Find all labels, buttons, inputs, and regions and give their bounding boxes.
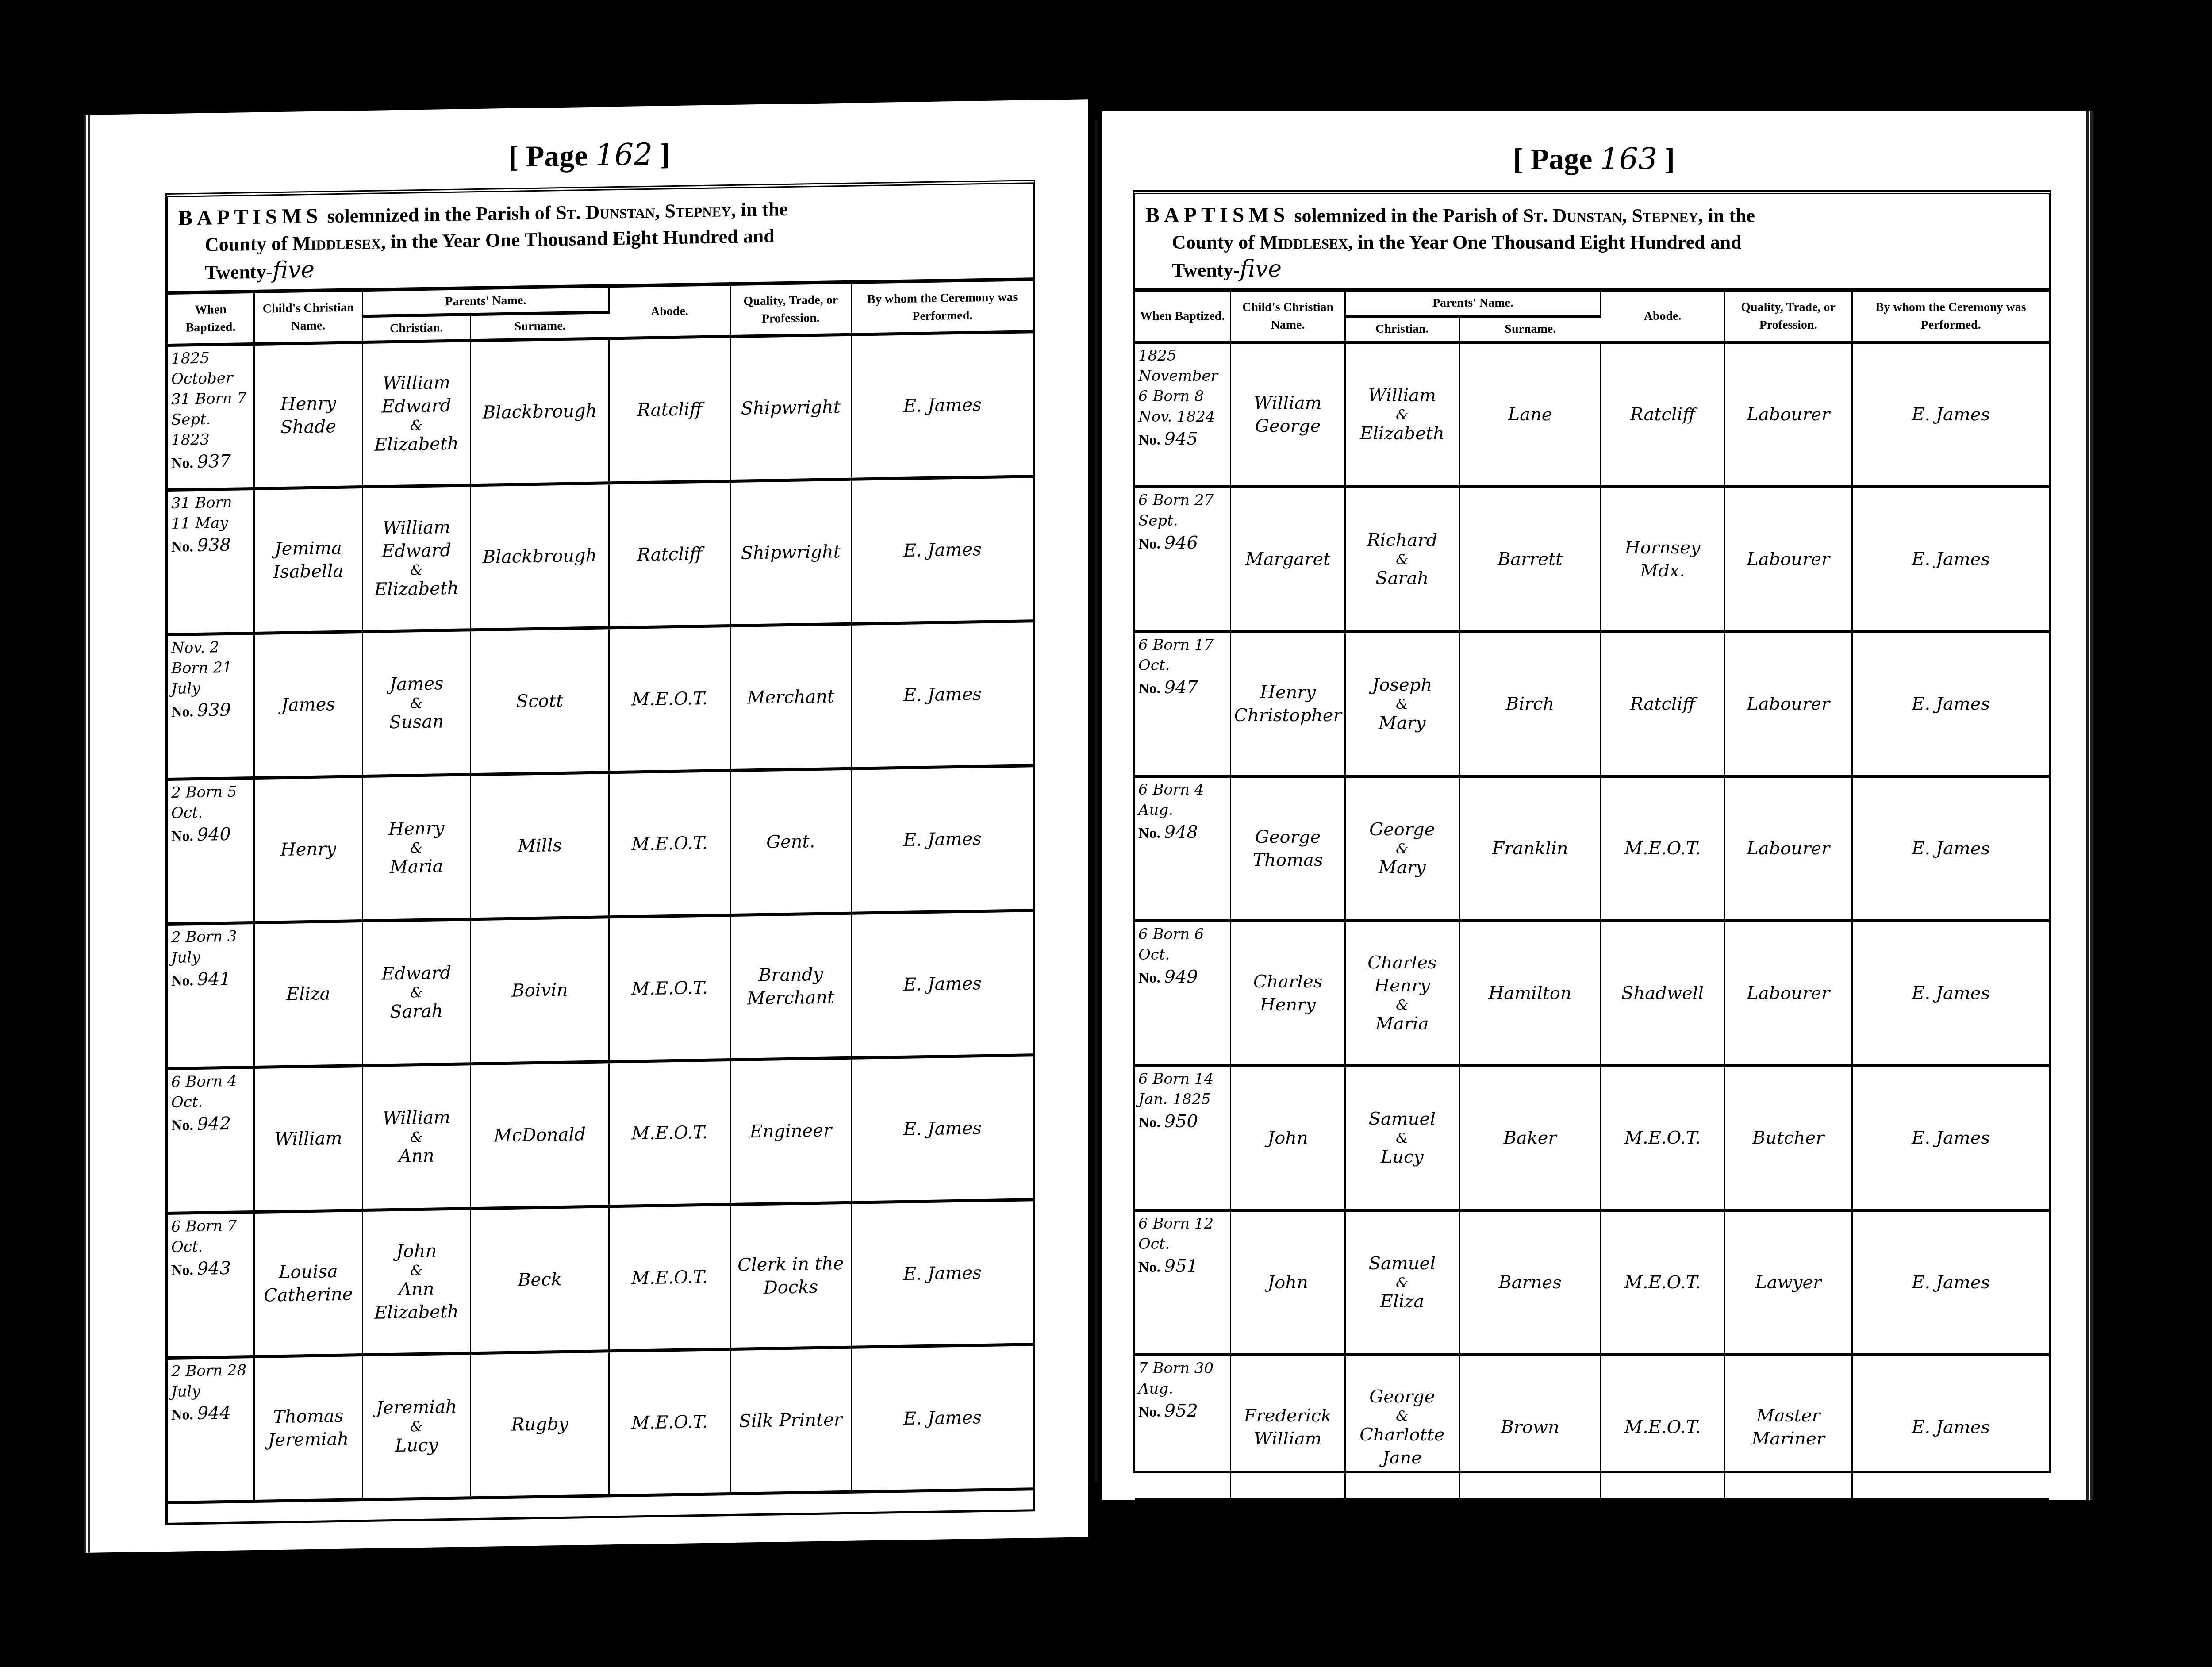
entry-number-value: 940 (197, 824, 231, 845)
cell-surname: Lane (1459, 342, 1601, 487)
register-entry: 2 Born 3 JulyNo. 941ElizaEdward&SarahBoi… (168, 910, 1033, 1069)
parent-name: Maria (1348, 1012, 1457, 1035)
heading-text: in the Year One Thousand Eight Hundred a… (391, 225, 775, 253)
heading-year-handwritten: five (273, 257, 315, 284)
baptism-date: 6 Born 4 Aug. (1138, 781, 1204, 819)
cell-officiant: E. James (1852, 776, 2049, 921)
baptism-date: 2 Born 5 Oct. (171, 783, 237, 822)
page-number-value: 162 (595, 137, 653, 173)
parent-name: Lucy (1348, 1145, 1457, 1168)
cell-child-name: William (254, 1066, 363, 1212)
cell-parents-christian: Samuel&Lucy (1345, 1066, 1459, 1210)
register-entry: 1825 October 31 Born 7 Sept. 1823No. 937… (168, 332, 1033, 490)
cell-surname: Baker (1459, 1066, 1601, 1210)
ampersand: & (1348, 1275, 1457, 1290)
cell-when-baptized: Nov. 2 Born 21 JulyNo. 939 (168, 633, 254, 779)
column-header-surname: Surname. (1459, 316, 1601, 342)
column-header-child: Child's Christian Name. (254, 292, 363, 344)
cell-child-name: John (1231, 1210, 1345, 1355)
baptism-date: 1825 November 6 Born 8 Nov. 1824 (1138, 347, 1218, 426)
register-entry: 6 Born 14 Jan. 1825No. 950JohnSamuel&Luc… (1135, 1066, 2049, 1210)
cell-parents-christian: William Edward&Elizabeth (362, 341, 471, 487)
ampersand: & (1348, 841, 1457, 856)
baptism-date: 6 Born 12 Oct. (1138, 1215, 1214, 1253)
column-header-when: When Baptized. (168, 293, 254, 346)
cell-officiant: E. James (1852, 1066, 2049, 1210)
header-row: When Baptized.Child's Christian Name.Par… (1135, 292, 2049, 316)
cell-child-name: William George (1231, 342, 1345, 487)
entry-number-value: 941 (197, 969, 231, 990)
entry-number: No. 948 (1138, 822, 1228, 844)
cell-parents-christian: Richard&Sarah (1345, 487, 1459, 632)
cell-officiant: E. James (1852, 632, 2049, 776)
entry-number-value: 943 (197, 1258, 231, 1279)
parent-name: William Edward (365, 515, 469, 563)
cell-parents-christian: George&Charlotte Jane (1345, 1355, 1459, 1500)
entry-number: No. 938 (171, 534, 252, 557)
entry-number: No. 942 (171, 1113, 252, 1136)
entry-number-value: 952 (1164, 1401, 1198, 1421)
register-entry: 1825 November 6 Born 8 Nov. 1824No. 945W… (1135, 342, 2049, 487)
baptism-date: 6 Born 7 Oct. (171, 1217, 237, 1256)
entry-number: No. 943 (171, 1258, 252, 1281)
page-number: [ Page 162 ] (90, 130, 1088, 181)
heading-text: County of (205, 233, 288, 256)
entry-number-value: 947 (1164, 677, 1198, 698)
cell-officiant: E. James (1852, 921, 2049, 1066)
right-page: [ Page 163 ] BAPTISMS solemnized in the … (1102, 111, 2093, 1500)
cell-surname: Boivin (471, 917, 609, 1064)
parent-name: Elizabeth (365, 576, 469, 601)
heading-year-prefix: Twenty- (1172, 259, 1240, 281)
ampersand: & (1348, 696, 1457, 711)
ampersand: & (365, 1262, 469, 1279)
heading-text: solemnized in the Parish of (1294, 205, 1518, 227)
baptism-date: 2 Born 28 July (171, 1361, 246, 1401)
parent-name: Samuel (1348, 1107, 1457, 1130)
cell-when-baptized: 6 Born 17 Oct.No. 947 (1135, 632, 1231, 776)
cell-quality: Engineer (730, 1058, 851, 1204)
heading-year-prefix: Twenty- (205, 261, 273, 283)
entry-number-value: 951 (1164, 1256, 1198, 1276)
cell-abode: M.E.O.T. (609, 915, 730, 1062)
cell-quality: Silk Printer (730, 1347, 851, 1494)
cell-surname: Birch (1459, 632, 1601, 776)
column-header-surname: Surname. (471, 312, 609, 341)
cell-child-name: Frederick William (1231, 1355, 1345, 1500)
page-label: [ Page (508, 138, 588, 173)
parent-name: Elizabeth (365, 432, 469, 457)
cell-when-baptized: 6 Born 27 Sept.No. 946 (1135, 487, 1231, 632)
parent-name: Mary (1348, 711, 1457, 734)
ampersand: & (365, 839, 469, 856)
entry-number: No. 944 (171, 1402, 252, 1425)
cell-quality: Shipwright (730, 479, 851, 626)
cell-child-name: Eliza (254, 921, 363, 1068)
parent-name: Lucy (365, 1433, 469, 1458)
heading-text: in the (1708, 205, 1755, 227)
baptism-table: When Baptized.Child's Christian Name.Par… (1135, 292, 2049, 1501)
cell-when-baptized: 6 Born 4 Oct.No. 942 (168, 1067, 254, 1213)
cell-abode: Ratcliff (1601, 632, 1724, 776)
register-frame: BAPTISMS solemnized in the Parish of St.… (165, 180, 1035, 1525)
register-entry: 7 Born 30 Aug.No. 952Frederick WilliamGe… (1135, 1355, 2049, 1500)
ampersand: & (365, 695, 469, 711)
cell-officiant: E. James (851, 1200, 1033, 1347)
cell-quality: Labourer (1724, 342, 1852, 487)
baptism-date: 2 Born 3 July (171, 928, 237, 967)
cell-child-name: Charles Henry (1231, 921, 1345, 1066)
page-bracket: ] (660, 137, 670, 171)
cell-when-baptized: 6 Born 14 Jan. 1825No. 950 (1135, 1066, 1231, 1210)
cell-parents-christian: William&Elizabeth (1345, 342, 1459, 487)
parent-name: James (365, 672, 469, 696)
cell-parents-christian: William&Ann (362, 1064, 471, 1210)
cell-abode: M.E.O.T. (609, 1205, 730, 1351)
ampersand: & (365, 1129, 469, 1145)
cell-quality: Labourer (1724, 921, 1852, 1066)
cell-child-name: Louisa Catherine (254, 1210, 363, 1357)
left-page: [ Page 162 ] BAPTISMS solemnized in the … (84, 99, 1088, 1553)
entry-number: No. 945 (1138, 429, 1228, 450)
cell-surname: Blackbrough (471, 338, 609, 485)
baptism-date: 6 Born 6 Oct. (1138, 926, 1204, 964)
cell-abode: M.E.O.T. (1601, 776, 1724, 921)
parent-name: John (365, 1239, 469, 1264)
cell-abode: M.E.O.T. (1601, 1355, 1724, 1500)
cell-officiant: E. James (851, 1055, 1033, 1202)
cell-abode: Hornsey Mdx. (1601, 487, 1724, 632)
cell-quality: Labourer (1724, 632, 1852, 776)
cell-abode: M.E.O.T. (609, 626, 730, 772)
parent-name: Sarah (1348, 567, 1457, 590)
cell-surname: Franklin (1459, 776, 1601, 921)
entry-number-value: 939 (197, 700, 231, 721)
cell-officiant: E. James (851, 910, 1033, 1058)
cell-surname: McDonald (471, 1062, 609, 1209)
cell-quality: Labourer (1724, 487, 1852, 632)
baptism-date: 31 Born 11 May (171, 494, 232, 533)
cell-officiant: E. James (1852, 342, 2049, 487)
entry-number: No. 949 (1138, 967, 1228, 988)
cell-quality: Merchant (730, 624, 851, 770)
cell-when-baptized: 2 Born 3 JulyNo. 941 (168, 922, 254, 1068)
cell-when-baptized: 6 Born 7 Oct.No. 943 (168, 1212, 254, 1358)
cell-parents-christian: Jeremiah&Lucy (362, 1353, 471, 1500)
parent-name: George (1348, 818, 1457, 841)
register-entry: 6 Born 17 Oct.No. 947Henry ChristopherJo… (1135, 632, 2049, 776)
cell-officiant: E. James (851, 332, 1033, 479)
entry-number-value: 945 (1164, 429, 1198, 449)
page-number-value: 163 (1600, 142, 1657, 177)
ampersand: & (1348, 1408, 1457, 1423)
cell-surname: Brown (1459, 1355, 1601, 1500)
entry-number: No. 950 (1138, 1111, 1228, 1133)
register-entry: 6 Born 12 Oct.No. 951JohnSamuel&ElizaBar… (1135, 1210, 2049, 1355)
baptism-table: When Baptized.Child's Christian Name.Par… (168, 281, 1033, 1504)
baptism-date: 6 Born 17 Oct. (1138, 636, 1214, 674)
parent-name: Henry (365, 816, 469, 841)
cell-quality: Master Mariner (1724, 1355, 1852, 1500)
cell-parents-christian: William Edward&Elizabeth (362, 485, 471, 632)
heading-text: in the (741, 198, 788, 221)
entry-number: No. 941 (171, 968, 252, 991)
parent-name: Samuel (1348, 1252, 1457, 1275)
cell-when-baptized: 6 Born 4 Aug.No. 948 (1135, 776, 1231, 921)
cell-quality: Lawyer (1724, 1210, 1852, 1355)
cell-abode: Ratcliff (1601, 342, 1724, 487)
cell-when-baptized: 1825 November 6 Born 8 Nov. 1824No. 945 (1135, 342, 1231, 487)
column-header-when: When Baptized. (1135, 292, 1231, 342)
parent-name: Charlotte Jane (1348, 1423, 1457, 1469)
register-entry: 2 Born 28 JulyNo. 944Thomas JeremiahJere… (168, 1344, 1033, 1503)
baptism-date: 1825 October 31 Born 7 Sept. 1823 (171, 350, 246, 449)
baptism-date: 6 Born 27 Sept. (1138, 492, 1214, 530)
register-entry: 2 Born 5 Oct.No. 940HenryHenry&MariaMill… (168, 766, 1033, 924)
cell-parents-christian: Charles Henry&Maria (1345, 921, 1459, 1066)
page-number: [ Page 163 ] (1102, 142, 2086, 177)
column-header-parents: Parents' Name. (1345, 292, 1601, 316)
cell-abode: M.E.O.T. (609, 771, 730, 917)
parent-name: Maria (365, 854, 469, 879)
cell-quality: Butcher (1724, 1066, 1852, 1210)
page-bracket: ] (1665, 142, 1675, 176)
parent-name: Sarah (365, 999, 469, 1024)
heading-caps: BAPTISMS (178, 204, 322, 230)
ampersand: & (365, 984, 469, 1001)
ampersand: & (1348, 407, 1457, 422)
cell-officiant: E. James (851, 1344, 1033, 1492)
column-header-abode: Abode. (609, 286, 730, 338)
register-entry: 6 Born 6 Oct.No. 949Charles HenryCharles… (1135, 921, 2049, 1066)
cell-abode: M.E.O.T. (1601, 1066, 1724, 1210)
parent-name: Mary (1348, 856, 1457, 879)
page-label: [ Page (1513, 142, 1592, 176)
heading-text: in the Year One Thousand Eight Hundred a… (1358, 231, 1742, 253)
cell-child-name: John (1231, 1066, 1345, 1210)
cell-child-name: Henry (254, 776, 363, 923)
parent-name: Joseph (1348, 673, 1457, 696)
register-heading: BAPTISMS solemnized in the Parish of St.… (168, 184, 1033, 295)
column-header-child: Child's Christian Name. (1231, 292, 1345, 342)
parent-name: Ann (365, 1144, 469, 1168)
column-header-christian: Christian. (362, 315, 471, 342)
cell-child-name: Henry Shade (254, 342, 363, 489)
entry-number-value: 949 (1164, 967, 1198, 987)
heading-caps: BAPTISMS (1145, 204, 1289, 227)
cell-quality: Gent. (730, 768, 851, 915)
entry-number: No. 937 (171, 451, 252, 474)
register-entry: 31 Born 11 MayNo. 938Jemima IsabellaWill… (168, 476, 1033, 635)
baptism-date: Nov. 2 Born 21 July (171, 638, 232, 698)
entry-number: No. 952 (1138, 1401, 1228, 1422)
parent-name: William (365, 1106, 469, 1130)
ampersand: & (1348, 1130, 1457, 1145)
entry-number: No. 946 (1138, 533, 1228, 554)
entry-number-value: 946 (1164, 533, 1198, 553)
cell-officiant: E. James (1852, 487, 2049, 632)
entry-number-value: 942 (197, 1114, 231, 1134)
ampersand: & (365, 561, 469, 578)
parent-name: William (1348, 384, 1457, 407)
ampersand: & (1348, 552, 1457, 567)
book-gutter (1095, 119, 1098, 1482)
heading-text: County of (1172, 231, 1255, 253)
cell-officiant: E. James (851, 766, 1033, 913)
baptism-date: 6 Born 14 Jan. 1825 (1138, 1070, 1214, 1108)
cell-quality: Brandy Merchant (730, 913, 851, 1060)
cell-child-name: Thomas Jeremiah (254, 1355, 363, 1502)
cell-child-name: Margaret (1231, 487, 1345, 632)
cell-parents-christian: George&Mary (1345, 776, 1459, 921)
entry-number-value: 944 (197, 1403, 231, 1424)
parent-name: Jeremiah (365, 1395, 469, 1420)
parent-name: Eliza (1348, 1290, 1457, 1313)
cell-officiant: E. James (1852, 1210, 2049, 1355)
parent-name: Charles Henry (1348, 951, 1457, 997)
cell-when-baptized: 2 Born 28 JulyNo. 944 (168, 1356, 254, 1502)
cell-abode: M.E.O.T. (609, 1349, 730, 1496)
cell-child-name: Henry Christopher (1231, 632, 1345, 776)
cell-when-baptized: 6 Born 12 Oct.No. 951 (1135, 1210, 1231, 1355)
register-entry: 6 Born 27 Sept.No. 946MargaretRichard&Sa… (1135, 487, 2049, 632)
entry-number-value: 948 (1164, 822, 1198, 842)
column-header-quality: Quality, Trade, or Profession. (1724, 292, 1852, 342)
heading-parish: St. Dunstan, Stepney, (556, 199, 736, 223)
cell-surname: Blackbrough (471, 483, 609, 630)
ampersand: & (1348, 997, 1457, 1012)
baptism-date: 6 Born 4 Oct. (171, 1072, 237, 1111)
parent-name: Edward (365, 961, 469, 986)
parent-name: Susan (365, 710, 469, 734)
parent-name: Richard (1348, 529, 1457, 552)
cell-parents-christian: Samuel&Eliza (1345, 1210, 1459, 1355)
cell-surname: Rugby (471, 1351, 609, 1498)
column-header-by_whom: By whom the Ceremony was Performed. (851, 281, 1033, 334)
cell-parents-christian: James&Susan (362, 630, 471, 776)
heading-year-handwritten: five (1240, 256, 1282, 282)
cell-surname: Hamilton (1459, 921, 1601, 1066)
entry-number: No. 951 (1138, 1256, 1228, 1278)
cell-parents-christian: Henry&Maria (362, 775, 471, 921)
column-header-abode: Abode. (1601, 292, 1724, 342)
register-entry: 6 Born 4 Oct.No. 942WilliamWilliam&AnnMc… (168, 1055, 1033, 1214)
parent-name: George (1348, 1385, 1457, 1408)
parent-name: William Edward (365, 371, 469, 419)
cell-abode: Shadwell (1601, 921, 1724, 1066)
cell-child-name: Jemima Isabella (254, 487, 363, 634)
cell-when-baptized: 1825 October 31 Born 7 Sept. 1823No. 937 (168, 344, 254, 490)
cell-officiant: E. James (1852, 1355, 2049, 1500)
cell-quality: Clerk in the Docks (730, 1202, 851, 1349)
cell-when-baptized: 31 Born 11 MayNo. 938 (168, 488, 254, 634)
cell-child-name: George Thomas (1231, 776, 1345, 921)
heading-text: solemnized in the Parish of (327, 202, 551, 227)
cell-abode: Ratcliff (609, 481, 730, 628)
cell-surname: Mills (471, 772, 609, 919)
cell-when-baptized: 6 Born 6 Oct.No. 949 (1135, 921, 1231, 1066)
column-header-parents: Parents' Name. (362, 288, 609, 316)
cell-abode: M.E.O.T. (609, 1060, 730, 1206)
ampersand: & (365, 417, 469, 434)
entry-number: No. 940 (171, 824, 252, 847)
register-book: [ Page 162 ] BAPTISMS solemnized in the … (84, 102, 2101, 1562)
ampersand: & (365, 1418, 469, 1435)
cell-surname: Beck (471, 1206, 609, 1353)
entry-number-value: 938 (197, 535, 231, 556)
cell-surname: Scott (471, 628, 609, 775)
cell-quality: Shipwright (730, 334, 851, 481)
column-header-quality: Quality, Trade, or Profession. (730, 284, 851, 337)
cell-parents-christian: Joseph&Mary (1345, 632, 1459, 776)
heading-county: Middlesex, (292, 231, 386, 254)
entry-number-value: 937 (197, 451, 231, 472)
register-entry: Nov. 2 Born 21 JulyNo. 939JamesJames&Sus… (168, 621, 1033, 780)
cell-surname: Barrett (1459, 487, 1601, 632)
heading-parish: St. Dunstan, Stepney, (1523, 205, 1703, 227)
entry-number-value: 950 (1164, 1111, 1198, 1132)
heading-county: Middlesex, (1260, 231, 1353, 253)
cell-quality: Labourer (1724, 776, 1852, 921)
register-frame: BAPTISMS solemnized in the Parish of St.… (1133, 190, 2051, 1473)
cell-when-baptized: 7 Born 30 Aug.No. 952 (1135, 1355, 1231, 1500)
cell-officiant: E. James (851, 621, 1033, 768)
cell-parents-christian: John&Ann Elizabeth (362, 1209, 471, 1355)
cell-surname: Barnes (1459, 1210, 1601, 1355)
cell-child-name: James (254, 632, 363, 778)
entry-number: No. 947 (1138, 677, 1228, 699)
parent-name: Ann Elizabeth (365, 1277, 469, 1325)
register-entry: 6 Born 4 Aug.No. 948George ThomasGeorge&… (1135, 776, 2049, 921)
column-header-christian: Christian. (1345, 316, 1459, 342)
baptism-date: 7 Born 30 Aug. (1138, 1360, 1214, 1398)
register-heading: BAPTISMS solemnized in the Parish of St.… (1135, 194, 2049, 292)
column-header-by_whom: By whom the Ceremony was Performed. (1852, 292, 2049, 342)
cell-parents-christian: Edward&Sarah (362, 919, 471, 1066)
register-entry: 6 Born 7 Oct.No. 943Louisa CatherineJohn… (168, 1200, 1033, 1358)
entry-number: No. 939 (171, 699, 252, 722)
cell-abode: M.E.O.T. (1601, 1210, 1724, 1355)
cell-when-baptized: 2 Born 5 Oct.No. 940 (168, 778, 254, 924)
parent-name: Elizabeth (1348, 422, 1457, 445)
cell-officiant: E. James (851, 476, 1033, 624)
cell-abode: Ratcliff (609, 337, 730, 483)
